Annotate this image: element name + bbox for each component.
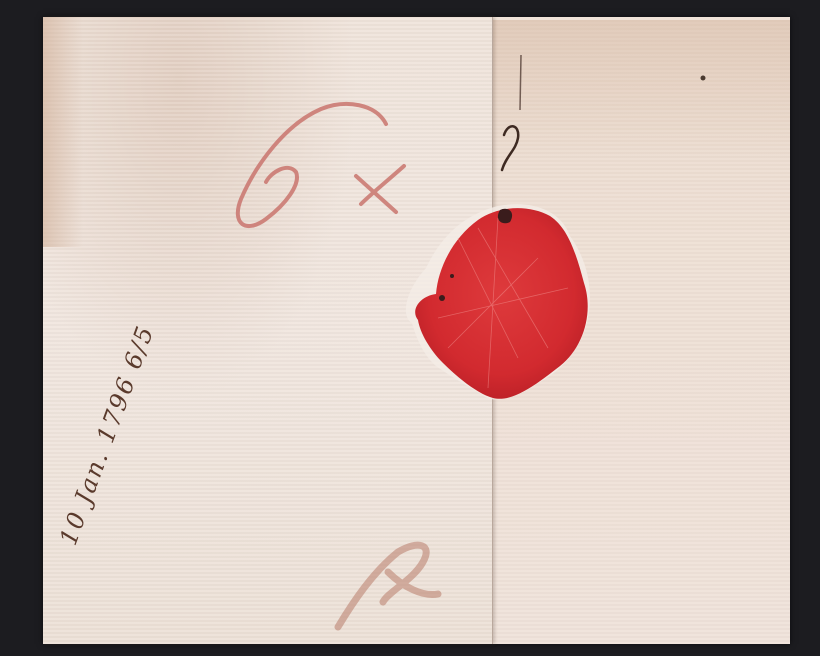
wax-seal [398,198,594,406]
photo-scene: 6 x 10 Jan. 1796 6/5 R 2 [0,0,820,656]
docket-note: 10 Jan. 1796 6/5 [62,270,152,600]
